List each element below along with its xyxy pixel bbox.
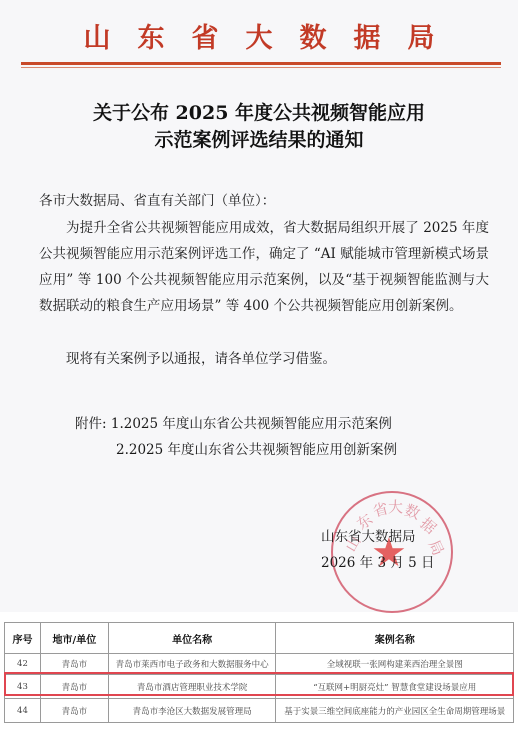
- table-row: 44 青岛市 青岛市李沧区大数据发展管理局 基于实景三维空间底座能力的产业园区全…: [5, 699, 514, 723]
- salutation: 各市大数据局、省直有关部门（单位）：: [39, 188, 489, 214]
- signature-block: 山东省大数据局 2026 年 3 月 5 日: [321, 524, 435, 576]
- cell-no: 44: [5, 699, 41, 723]
- cell-no: 43: [5, 675, 41, 699]
- signature-date: 2026 年 3 月 5 日: [321, 550, 435, 576]
- seal-char: 大: [388, 496, 403, 517]
- notice-title: 关于公布 2025 年度公共视频智能应用 示范案例评选结果的通知: [0, 100, 518, 154]
- cell-unit: 青岛市李沧区大数据发展管理局: [108, 699, 276, 723]
- title-line-1: 关于公布 2025 年度公共视频智能应用: [0, 100, 518, 127]
- letterhead-thin-rule: [21, 67, 501, 68]
- letterhead-title: 山东省大数据局: [0, 16, 518, 55]
- cell-unit: 青岛市酒店管理职业技术学院: [108, 675, 276, 699]
- cell-no: 42: [5, 654, 41, 675]
- cell-city: 青岛市: [40, 675, 108, 699]
- cell-case: 全域视联一张网构建莱西治理全景图: [276, 654, 514, 675]
- header-city: 地市/单位: [40, 623, 108, 654]
- attachment-2-title: 2.2025 年度山东省公共视频智能应用创新案例: [116, 442, 397, 458]
- attachment-2: 2.2025 年度山东省公共视频智能应用创新案例: [75, 437, 397, 463]
- letterhead-red-rule: [21, 62, 501, 65]
- attachment-1: 附件: 1.2025 年度山东省公共视频智能应用示范案例: [75, 411, 397, 437]
- title-line-2: 示范案例评选结果的通知: [0, 127, 518, 154]
- paragraph-1-text: 为提升全省公共视频智能应用成效，省大数据局组织开展了 2025 年度公共视频智能…: [39, 215, 489, 319]
- cell-city: 青岛市: [40, 654, 108, 675]
- notice-document: 山东省大数据局 关于公布 2025 年度公共视频智能应用 示范案例评选结果的通知…: [0, 0, 518, 612]
- attachments-list: 附件: 1.2025 年度山东省公共视频智能应用示范案例 2.2025 年度山东…: [75, 411, 397, 463]
- header-unit: 单位名称: [108, 623, 276, 654]
- cell-case: “互联网+明厨亮灶” 智慧食堂建设场景应用: [276, 675, 514, 699]
- seal-char: 数: [402, 499, 423, 524]
- attachments-label: 附件:: [75, 416, 107, 432]
- body-paragraph-1: 为提升全省公共视频智能应用成效，省大数据局组织开展了 2025 年度公共视频智能…: [39, 215, 489, 319]
- table-header-row: 序号 地市/单位 单位名称 案例名称: [5, 623, 514, 654]
- cell-case: 基于实景三维空间底座能力的产业园区全生命周期管理场景: [276, 699, 514, 723]
- attachment-1-title: 1.2025 年度山东省公共视频智能应用示范案例: [111, 416, 392, 432]
- table-row: 42 青岛市 青岛市莱西市电子政务和大数据服务中心 全域视联一张网构建莱西治理全…: [5, 654, 514, 675]
- cell-unit: 青岛市莱西市电子政务和大数据服务中心: [108, 654, 276, 675]
- signature-issuer: 山东省大数据局: [321, 524, 435, 550]
- header-case: 案例名称: [276, 623, 514, 654]
- body-paragraph-2: 现将有关案例予以通报，请各单位学习借鉴。: [39, 346, 489, 372]
- cases-table: 序号 地市/单位 单位名称 案例名称 42 青岛市 青岛市莱西市电子政务和大数据…: [4, 622, 514, 723]
- table-row-highlighted: 43 青岛市 青岛市酒店管理职业技术学院 “互联网+明厨亮灶” 智慧食堂建设场景…: [5, 675, 514, 699]
- cell-city: 青岛市: [40, 699, 108, 723]
- header-no: 序号: [5, 623, 41, 654]
